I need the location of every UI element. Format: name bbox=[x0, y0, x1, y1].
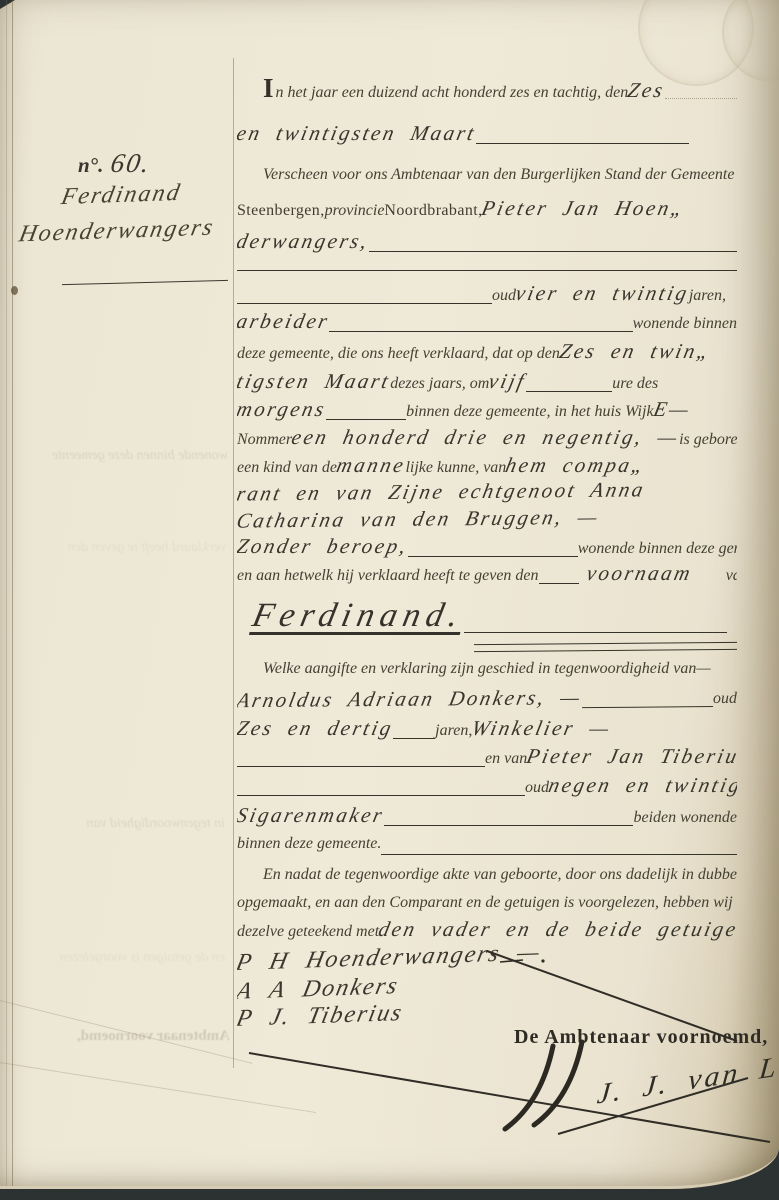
fill-stroke bbox=[384, 825, 633, 826]
act-line-27: En nadat de tegenwoordige akte van geboo… bbox=[237, 861, 737, 891]
act-line-20: Welke aangifte en verklaring zijn geschi… bbox=[237, 655, 737, 685]
act-line-07: oud vier en twintig jaren, bbox=[237, 279, 737, 309]
separator-double-rule bbox=[474, 640, 737, 652]
act-line-02: en twintigsten Maart bbox=[237, 119, 737, 149]
act-line-16: Zonder beroep, wonende binnen deze gemee… bbox=[237, 532, 737, 562]
act-line-08: arbeider wonende binnen bbox=[237, 307, 737, 337]
act-number-label: n°. bbox=[78, 153, 103, 177]
register-page: wonende binnen deze gemeente in tegenwoo… bbox=[0, 0, 779, 1189]
fill-stroke bbox=[582, 706, 713, 708]
fill-stroke bbox=[237, 766, 485, 767]
official-title-label: De Ambtenaar voornoemd, bbox=[514, 1026, 768, 1049]
margin-family-name: Hoenderwangers bbox=[20, 218, 213, 245]
act-line-11: morgens binnen deze gemeente, in het hui… bbox=[237, 395, 737, 425]
fill-stroke bbox=[237, 303, 492, 304]
act-line-25: Sigarenmaker beiden wonende bbox=[237, 801, 737, 831]
act-body: In het jaar een duizend acht honderd zes… bbox=[237, 0, 737, 1186]
drop-cap: I bbox=[263, 74, 274, 102]
act-line-12: Nommer een honderd drie en negentig, — i… bbox=[237, 423, 737, 453]
act-line-06 bbox=[237, 246, 737, 276]
act-line-10: tigsten Maart dezes jaars, om vijf ure d… bbox=[237, 367, 737, 397]
act-line-17: en aan hetwelk hij verklaard heeft te ge… bbox=[237, 559, 737, 589]
fill-stroke bbox=[381, 854, 737, 855]
fill-stroke bbox=[464, 632, 727, 633]
act-line-01: In het jaar een duizend acht honderd zes… bbox=[237, 74, 737, 104]
act-number: n°.60. bbox=[78, 148, 151, 179]
act-line-22: Zes en dertig jaren, Winkelier — bbox=[237, 714, 737, 744]
fill-stroke bbox=[476, 143, 689, 144]
fill-stroke bbox=[526, 391, 612, 392]
act-line-04: Steenbergen, provincie Noordbrabant, Pie… bbox=[237, 194, 737, 224]
act-line-26: binnen deze gemeente. bbox=[237, 830, 737, 860]
margin-column: n°.60. Ferdinand Hoenderwangers bbox=[0, 0, 237, 1186]
act-line-09: deze gemeente, die ons heeft verklaard, … bbox=[237, 337, 737, 367]
fill-stroke bbox=[393, 738, 435, 739]
act-line-23: en van Pieter Jan Tiberius bbox=[237, 742, 737, 772]
margin-child-name: Ferdinand bbox=[62, 182, 180, 209]
act-line-18-given-name: Ferdinand. bbox=[237, 596, 737, 638]
scanned-birth-record: wonende binnen deze gemeente in tegenwoo… bbox=[0, 0, 779, 1200]
act-line-03: Verscheen voor ons Ambtenaar van den Bur… bbox=[237, 161, 737, 191]
act-line-24: oud negen en twintig jaren bbox=[237, 771, 737, 801]
dotted-blank bbox=[665, 98, 737, 99]
fill-stroke bbox=[539, 583, 579, 584]
fill-stroke bbox=[326, 419, 406, 420]
fill-stroke bbox=[237, 795, 525, 796]
fill-stroke bbox=[329, 331, 632, 332]
fill-stroke bbox=[237, 270, 737, 271]
fill-stroke bbox=[408, 556, 578, 557]
margin-underline bbox=[62, 280, 228, 285]
act-number-value: 60. bbox=[109, 148, 154, 179]
act-line-21: Arnoldus Adriaan Donkers, — oud bbox=[237, 682, 737, 716]
